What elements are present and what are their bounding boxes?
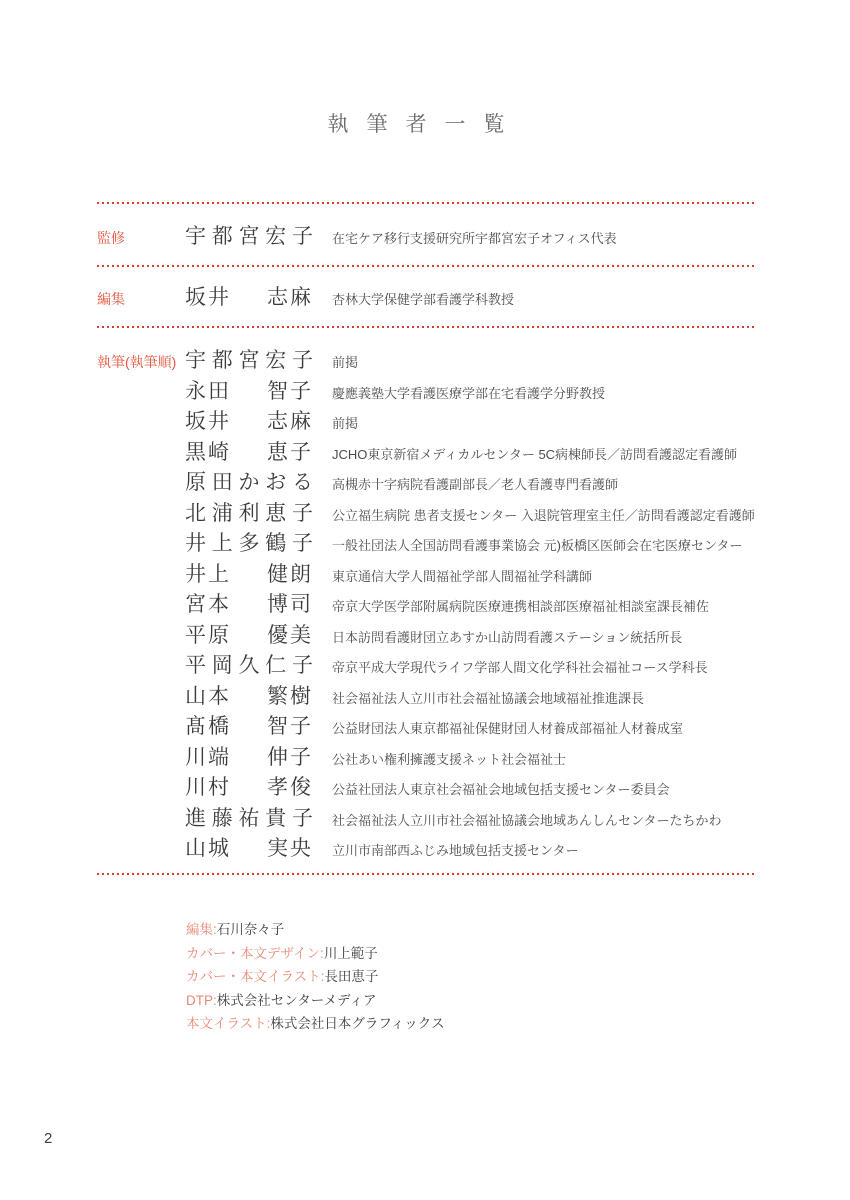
author-row: 宇都宮宏子在宅ケア移行支援研究所宇都宮宏子オフィス代表 (185, 220, 757, 248)
author-name: 川端伸子 (185, 741, 313, 771)
page-title: 執筆者一覧 (0, 108, 850, 138)
dotted-divider (97, 265, 757, 267)
author-name-part: 北 (185, 497, 206, 527)
author-name-part: 久 (239, 649, 260, 679)
author-row: 平岡久仁子帝京平成大学現代ライフ学部人間文化学科社会福祉コース学科長 (185, 649, 757, 680)
author-name-part: 子 (292, 527, 313, 557)
author-name-part: 田 (212, 466, 233, 496)
author-row: 坂井志麻杏林大学保健学部看護学科教授 (185, 281, 757, 309)
author-name-part: 平 (185, 649, 206, 679)
author-affiliation: 公益社団法人東京社会福祉会地域包括支援センター委員会 (332, 779, 669, 798)
author-affiliation: 社会福祉法人立川市社会福祉協議会地域福祉推進課長 (332, 688, 644, 707)
author-name-part: 宏 (265, 344, 286, 374)
author-name-part: 浦 (212, 497, 233, 527)
author-name-part: 繁樹 (267, 680, 313, 710)
credit-role-label: 編集: (186, 918, 217, 938)
author-name-part: 宇 (185, 344, 206, 374)
section-label: 編集 (97, 289, 125, 309)
author-row: 井上多鶴子一般社団法人全国訪問看護事業協会 元)板橋区医師会在宅医療センター (185, 527, 757, 558)
author-affiliation: 公立福生病院 患者支援センター 入退院管理室主任／訪問看護認定看護師 (332, 505, 755, 524)
author-name-part: 志麻 (267, 281, 313, 311)
author-row: 坂井志麻前掲 (185, 405, 757, 436)
author-affiliation: 前掲 (332, 352, 358, 371)
author-row: 山城実央立川市南部西ふじみ地域包括支援センター (185, 832, 757, 863)
author-name-part: 祐 (239, 802, 260, 832)
production-credits: 編集:石川奈々子カバー・本文デザイン:川上範子カバー・本文イラスト:長田恵子DT… (186, 918, 445, 1036)
author-row: 川端伸子公社あい権利擁護支援ネット社会福祉士 (185, 741, 757, 772)
author-row: 髙橋智子公益財団法人東京都福祉保健財団人材養成部福祉人材養成室 (185, 710, 757, 741)
author-affiliation: 立川市南部西ふじみ地域包括支援センター (332, 840, 578, 859)
author-name-part: 宮 (239, 344, 260, 374)
credit-line: DTP:株式会社センターメディア (186, 989, 445, 1013)
author-name-part: 多 (239, 527, 260, 557)
author-name-part: 川端 (185, 741, 231, 771)
author-name-part: 仁 (265, 649, 286, 679)
author-affiliation: 高槻赤十字病院看護副部長／老人看護専門看護師 (332, 474, 618, 493)
author-name-part: 井上 (185, 558, 231, 588)
author-rows: 宇都宮宏子前掲永田智子慶應義塾大学看護医療学部在宅看護学分野教授坂井志麻前掲黒崎… (185, 344, 757, 863)
credit-line: カバー・本文デザイン:川上範子 (186, 942, 445, 966)
author-affiliation: JCHO東京新宿メディカルセンター 5C病棟師長／訪問看護認定看護師 (332, 444, 737, 463)
author-name-part: 優美 (267, 619, 313, 649)
author-name-part: 鶴 (265, 527, 286, 557)
dotted-divider (97, 873, 757, 875)
author-affiliation: 帝京大学医学部附属病院医療連携相談部医療福祉相談室課長補佐 (332, 596, 709, 615)
author-name-part: 岡 (212, 649, 233, 679)
author-row: 宇都宮宏子前掲 (185, 344, 757, 375)
author-affiliation: 杏林大学保健学部看護学科教授 (332, 289, 514, 308)
author-name-part: 博司 (267, 588, 313, 618)
author-name-part: 宮 (239, 220, 260, 250)
author-name-part: 原 (185, 466, 206, 496)
author-name: 井上健朗 (185, 558, 313, 588)
author-name: 髙橋智子 (185, 710, 313, 740)
dotted-divider (97, 202, 757, 204)
author-name-part: 井 (185, 527, 206, 557)
author-name-part: 宇 (185, 220, 206, 250)
author-row: 井上健朗東京通信大学人間福祉学部人間福祉学科講師 (185, 558, 757, 589)
author-row: 進藤祐貴子社会福祉法人立川市社会福祉協議会地域あんしんセンターたちかわ (185, 802, 757, 833)
credit-line: 本文イラスト:株式会社日本グラフィックス (186, 1012, 445, 1036)
author-name-part: 子 (292, 649, 313, 679)
author-name-part: 藤 (212, 802, 233, 832)
section-label: 執筆(執筆順) (97, 352, 176, 372)
author-row: 山本繁樹社会福祉法人立川市社会福祉協議会地域福祉推進課長 (185, 680, 757, 711)
author-name: 原田かおる (185, 466, 313, 496)
author-affiliation: 社会福祉法人立川市社会福祉協議会地域あんしんセンターたちかわ (332, 810, 721, 829)
credit-person: 長田恵子 (324, 965, 378, 985)
author-affiliation: 在宅ケア移行支援研究所宇都宮宏子オフィス代表 (332, 228, 617, 247)
author-name-part: 智子 (267, 375, 313, 405)
author-name-part: 上 (212, 527, 233, 557)
section-editing: 編集坂井志麻杏林大学保健学部看護学科教授 (97, 281, 757, 309)
author-name: 川村孝俊 (185, 771, 313, 801)
credit-role-label: カバー・本文イラスト: (186, 965, 324, 985)
author-name: 井上多鶴子 (185, 527, 313, 557)
credit-line: カバー・本文イラスト:長田恵子 (186, 965, 445, 989)
credit-role-label: カバー・本文デザイン: (186, 942, 324, 962)
author-name-part: 実央 (267, 832, 313, 862)
author-name-part: 貴 (265, 802, 286, 832)
page-number: 2 (44, 1130, 52, 1147)
author-name-part: 黒崎 (185, 436, 231, 466)
author-rows: 宇都宮宏子在宅ケア移行支援研究所宇都宮宏子オフィス代表 (185, 220, 757, 248)
author-name: 宇都宮宏子 (185, 220, 313, 250)
dotted-divider (97, 326, 757, 328)
author-name-part: 利 (239, 497, 260, 527)
author-name: 坂井志麻 (185, 281, 313, 311)
author-row: 宮本博司帝京大学医学部附属病院医療連携相談部医療福祉相談室課長補佐 (185, 588, 757, 619)
author-affiliation: 日本訪問看護財団立あすか山訪問看護ステーション統括所長 (332, 627, 682, 646)
author-name: 永田智子 (185, 375, 313, 405)
author-name-part: 子 (292, 802, 313, 832)
author-name-part: 坂井 (185, 281, 231, 311)
author-name: 宇都宮宏子 (185, 344, 313, 374)
author-name-part: 永田 (185, 375, 231, 405)
author-name: 山本繁樹 (185, 680, 313, 710)
author-affiliation: 公社あい権利擁護支援ネット社会福祉士 (332, 749, 566, 768)
author-name-part: 子 (292, 497, 313, 527)
author-name-part: 伸子 (267, 741, 313, 771)
credit-person: 株式会社センターメディア (217, 989, 377, 1009)
author-name: 進藤祐貴子 (185, 802, 313, 832)
author-name: 山城実央 (185, 832, 313, 862)
author-name: 黒崎恵子 (185, 436, 313, 466)
author-name-part: お (265, 466, 286, 496)
section-authors: 執筆(執筆順)宇都宮宏子前掲永田智子慶應義塾大学看護医療学部在宅看護学分野教授坂… (97, 344, 757, 863)
author-name: 平岡久仁子 (185, 649, 313, 679)
author-affiliation: 慶應義塾大学看護医療学部在宅看護学分野教授 (332, 383, 605, 402)
author-rows: 坂井志麻杏林大学保健学部看護学科教授 (185, 281, 757, 309)
author-row: 川村孝俊公益社団法人東京社会福祉会地域包括支援センター委員会 (185, 771, 757, 802)
author-affiliation: 帝京平成大学現代ライフ学部人間文化学科社会福祉コース学科長 (332, 657, 708, 676)
author-name-part: 智子 (267, 710, 313, 740)
author-name-part: 山本 (185, 680, 231, 710)
author-row: 永田智子慶應義塾大学看護医療学部在宅看護学分野教授 (185, 375, 757, 406)
author-name: 坂井志麻 (185, 405, 313, 435)
author-name-part: 平原 (185, 619, 231, 649)
author-row: 平原優美日本訪問看護財団立あすか山訪問看護ステーション統括所長 (185, 619, 757, 650)
author-name-part: 坂井 (185, 405, 231, 435)
author-row: 北浦利恵子公立福生病院 患者支援センター 入退院管理室主任／訪問看護認定看護師 (185, 497, 757, 528)
author-name-part: 恵 (265, 497, 286, 527)
credit-person: 株式会社日本グラフィックス (270, 1012, 444, 1032)
author-name-part: 川村 (185, 771, 231, 801)
author-name-part: か (239, 466, 260, 496)
author-name-part: 都 (212, 344, 233, 374)
author-name-part: 進 (185, 802, 206, 832)
author-name-part: 都 (212, 220, 233, 250)
contributors-page: 執筆者一覧 監修宇都宮宏子在宅ケア移行支援研究所宇都宮宏子オフィス代表 編集坂井… (0, 0, 850, 1200)
author-row: 黒崎恵子JCHO東京新宿メディカルセンター 5C病棟師長／訪問看護認定看護師 (185, 436, 757, 467)
credit-person: 石川奈々子 (217, 918, 285, 938)
section-label: 監修 (97, 228, 125, 248)
credit-person: 川上範子 (324, 942, 378, 962)
author-name: 北浦利恵子 (185, 497, 313, 527)
author-affiliation: 前掲 (332, 413, 358, 432)
author-name-part: 子 (292, 344, 313, 374)
author-name-part: 髙橋 (185, 710, 231, 740)
author-affiliation: 一般社団法人全国訪問看護事業協会 元)板橋区医師会在宅医療センター (332, 535, 742, 554)
credit-role-label: DTP: (186, 993, 217, 1008)
author-affiliation: 公益財団法人東京都福祉保健財団人材養成部福祉人材養成室 (332, 718, 683, 737)
credit-role-label: 本文イラスト: (186, 1012, 270, 1032)
author-name-part: 孝俊 (267, 771, 313, 801)
author-name-part: る (292, 466, 313, 496)
author-name: 宮本博司 (185, 588, 313, 618)
author-name-part: 志麻 (267, 405, 313, 435)
author-name-part: 宏 (265, 220, 286, 250)
author-name: 平原優美 (185, 619, 313, 649)
author-name-part: 健朗 (267, 558, 313, 588)
section-supervision: 監修宇都宮宏子在宅ケア移行支援研究所宇都宮宏子オフィス代表 (97, 220, 757, 248)
author-name-part: 宮本 (185, 588, 231, 618)
credit-line: 編集:石川奈々子 (186, 918, 445, 942)
author-name-part: 山城 (185, 832, 231, 862)
author-name-part: 恵子 (267, 436, 313, 466)
author-name-part: 子 (292, 220, 313, 250)
author-affiliation: 東京通信大学人間福祉学部人間福祉学科講師 (332, 566, 592, 585)
author-row: 原田かおる高槻赤十字病院看護副部長／老人看護専門看護師 (185, 466, 757, 497)
